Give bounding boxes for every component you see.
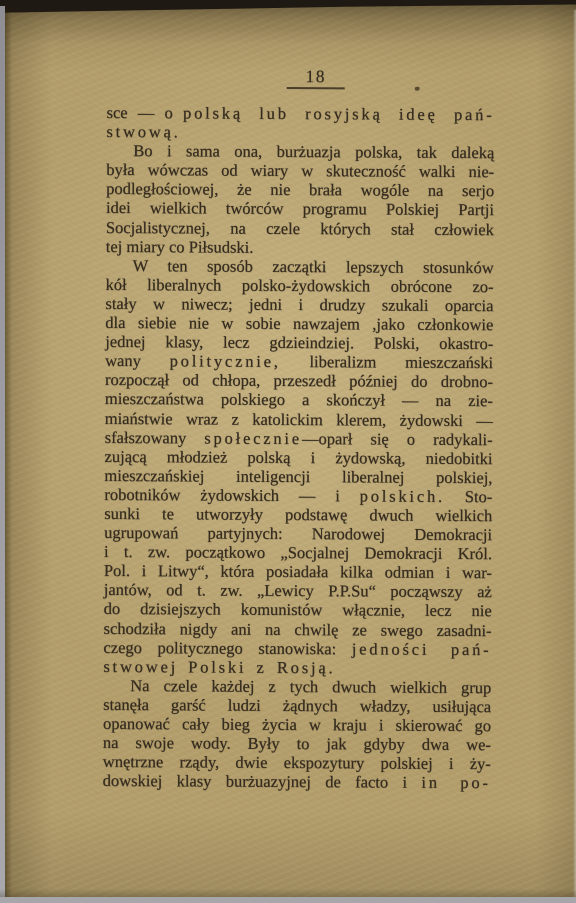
text-line: W ten sposób zaczątki lepszych stosunków <box>106 256 494 277</box>
text-line: ugrupowań partyjnych: Narodowej Demokrac… <box>104 523 492 544</box>
page-number: 18 <box>51 65 576 88</box>
text-segment: robotników żydowskich — i <box>104 485 359 505</box>
body-text: sce — o polską lub rosyjską ideę pań-stw… <box>103 103 495 793</box>
text-line: stwową. <box>106 122 494 143</box>
text-line: mieszczaństwa polskiego a skończył — na … <box>105 389 493 410</box>
text-line: Socjalistycznej, na czele których stał c… <box>106 218 494 239</box>
text-segment: ugrupowań partyjnych: Narodowej Demokrac… <box>104 523 492 544</box>
text-line: kół liberalnych polsko-żydowskich obróco… <box>106 275 494 296</box>
text-segment: wany <box>105 351 170 370</box>
letterspaced-text: stwową. <box>106 122 180 141</box>
text-segment: jantów, od t. zw. „Lewicy P.P.Su“ począw… <box>104 580 492 601</box>
text-line: jantów, od t. zw. „Lewicy P.P.Su“ począw… <box>104 580 492 601</box>
text-line: Bo i sama ona, burżuazja polska, tak dal… <box>106 141 494 162</box>
text-line: stały w niwecz; jedni i drudzy szukali o… <box>105 294 493 315</box>
text-segment: Pol. i Litwy“, która posiadała kilka odm… <box>104 561 492 582</box>
letterspaced-text: stwowej Polski z Rosją. <box>103 657 335 677</box>
page-number-underline <box>287 87 345 89</box>
ink-speck <box>415 87 420 91</box>
text-segment: wnętrzne rządy, dwie ekspozytury polskie… <box>103 752 491 773</box>
text-segment: jednej klasy, lecz gdzieindziej. Polski,… <box>105 332 493 353</box>
text-segment: rozpoczął od chłopa, przeszedł później d… <box>105 370 493 391</box>
text-segment: do dzisiejszych komunistów włącznie, lec… <box>104 599 492 620</box>
text-line: mieszczańskiej inteligencji liberalnej p… <box>104 466 492 487</box>
text-line: robotników żydowskich — i polskich. Sto- <box>104 485 492 506</box>
text-segment: mieszczańskiej inteligencji liberalnej p… <box>104 466 492 487</box>
text-segment: Socjalistycznej, na czele których stał c… <box>106 218 494 239</box>
page-content: 18 sce — o polską lub rosyjską ideę pań-… <box>0 0 576 903</box>
text-line: jednej klasy, lecz gdzieindziej. Polski,… <box>105 332 493 353</box>
text-line: rozpoczął od chłopa, przeszedł później d… <box>105 370 493 391</box>
text-segment: Na czele każdej z tych dwuch wielkich gr… <box>130 676 491 697</box>
text-segment: tej miary co Piłsudski. <box>106 237 254 257</box>
text-segment: dowskiej klasy burżuazyjnej de facto i <box>103 771 422 792</box>
text-segment: mieszczaństwa polskiego a skończył — na … <box>105 389 493 410</box>
text-segment: była wówczas od wiary w skuteczność walk… <box>106 160 494 181</box>
text-line: wany politycznie, liberalizm mieszczańsk… <box>105 351 493 372</box>
text-line: tej miary co Piłsudski. <box>106 237 494 258</box>
text-line: zującą młodzież polską i żydowską, niedo… <box>105 447 493 468</box>
letterspaced-text: politycznie, <box>170 352 281 372</box>
text-line: idei wielkich twórców programu Polskiej … <box>106 198 494 219</box>
text-line: do dzisiejszych komunistów włącznie, lec… <box>104 599 492 620</box>
text-line: Pol. i Litwy“, która posiadała kilka odm… <box>104 561 492 582</box>
text-segment: kół liberalnych polsko-żydowskich obróco… <box>106 275 494 296</box>
text-segment: W ten sposób zaczątki lepszych stosunków <box>133 256 494 277</box>
text-line: stwowej Polski z Rosją. <box>103 657 491 678</box>
text-line: sfałszowany społecznie—oparł się o radyk… <box>105 428 493 449</box>
text-segment: —oparł się o radykali- <box>302 429 493 449</box>
text-segment: czego politycznego stanowiska: <box>103 638 351 658</box>
text-segment: stały w niwecz; jedni i drudzy szukali o… <box>105 294 493 315</box>
text-line: na swoje wody. Były to jak gdyby dwa we- <box>103 733 491 754</box>
text-line: była wówczas od wiary w skuteczność walk… <box>106 160 494 181</box>
text-segment: dla siebie nie w sobie nawzajem ,jako cz… <box>105 313 493 334</box>
text-segment: opanować cały bieg życia w kraju i skier… <box>103 714 491 735</box>
text-line: wnętrzne rządy, dwie ekspozytury polskie… <box>103 752 491 773</box>
text-segment: stanęła garść ludzi żądnych władzy, usił… <box>103 695 491 716</box>
text-line: sce — o polską lub rosyjską ideę pań- <box>106 103 494 124</box>
text-segment: Bo i sama ona, burżuazja polska, tak dal… <box>133 141 494 162</box>
text-segment: miaństwie wraz z katolickim klerem, żydo… <box>105 408 493 429</box>
text-segment: zującą młodzież polską i żydowską, niedo… <box>105 447 493 468</box>
scanned-book-page: 18 sce — o polską lub rosyjską ideę pań-… <box>0 0 576 903</box>
text-segment: idei wielkich twórców programu Polskiej … <box>106 198 494 219</box>
letterspaced-text: polskich. <box>360 486 445 505</box>
text-line: dowskiej klasy burżuazyjnej de facto i i… <box>103 771 491 792</box>
text-segment: liberalizm mieszczański <box>281 352 493 372</box>
text-line: miaństwie wraz z katolickim klerem, żydo… <box>105 408 493 429</box>
text-line: sunki te utworzyły podstawę dwuch wielki… <box>104 504 492 525</box>
text-segment: na swoje wody. Były to jak gdyby dwa we- <box>103 733 491 754</box>
text-segment: podległościowej, że nie brała wogóle na … <box>106 179 494 200</box>
text-line: opanować cały bieg życia w kraju i skier… <box>103 714 491 735</box>
text-line: Na czele każdej z tych dwuch wielkich gr… <box>103 676 491 697</box>
text-segment: sce — o <box>106 103 183 122</box>
text-line: podległościowej, że nie brała wogóle na … <box>106 179 494 200</box>
text-line: czego politycznego stanowiska: jedności … <box>103 638 491 659</box>
letterspaced-text: in po- <box>421 773 490 792</box>
text-line: stanęła garść ludzi żądnych władzy, usił… <box>103 695 491 716</box>
letterspaced-text: społecznie <box>204 428 302 448</box>
page-header: 18 <box>51 65 576 91</box>
text-line: schodziła nigdy ani na chwilę ze swego z… <box>104 618 492 639</box>
letterspaced-text: polską lub rosyjską ideę pań- <box>183 103 495 124</box>
text-segment: i t. zw. początkowo „Socjalnej Demokracj… <box>104 542 492 563</box>
text-line: dla siebie nie w sobie nawzajem ,jako cz… <box>105 313 493 334</box>
text-segment: sfałszowany <box>105 428 205 448</box>
text-segment: sunki te utworzyły podstawę dwuch wielki… <box>104 504 492 525</box>
text-line: i t. zw. początkowo „Socjalnej Demokracj… <box>104 542 492 563</box>
letterspaced-text: jedności pań- <box>352 639 492 659</box>
text-segment: Sto- <box>445 487 492 506</box>
text-segment: schodziła nigdy ani na chwilę ze swego z… <box>104 618 492 639</box>
